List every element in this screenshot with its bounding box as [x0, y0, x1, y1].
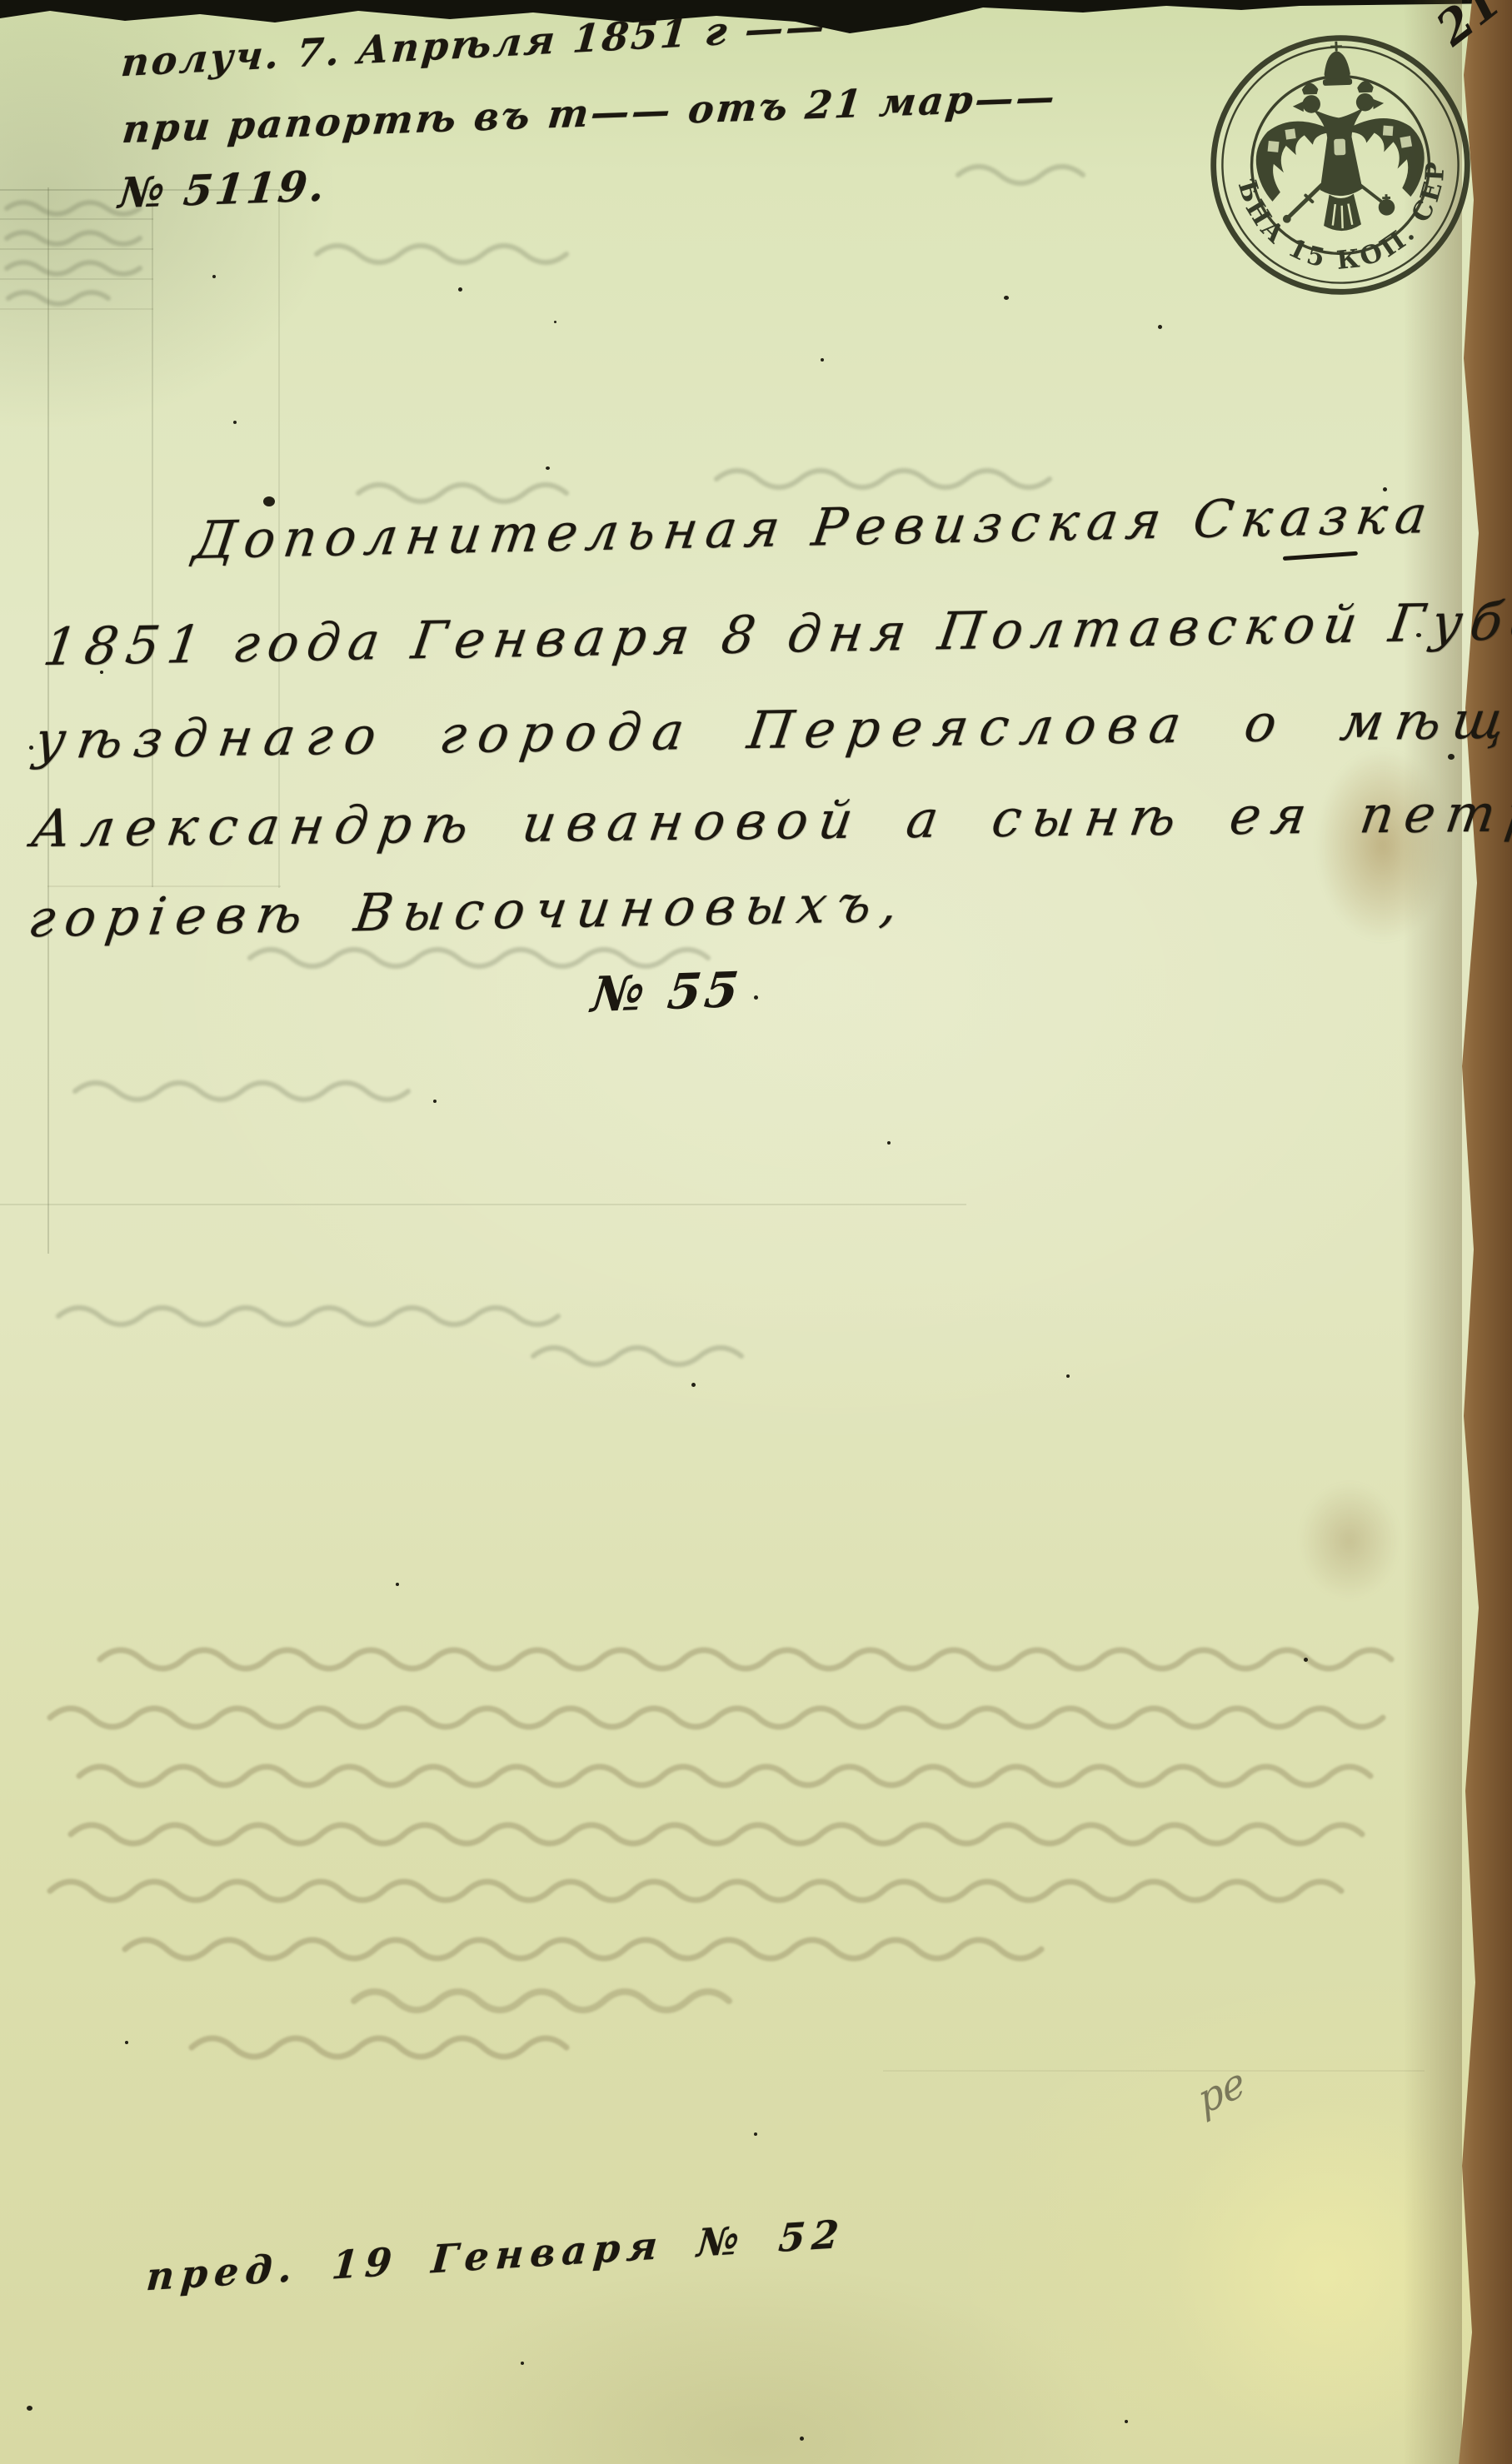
title-line-5: горіевѣ Высочиновыхъ, — [25, 873, 912, 950]
document-page: получ. 7. Апрѣля 1851 г —— при рапортѣ в… — [0, 0, 1512, 2464]
flourish — [1283, 551, 1358, 561]
title-line-3: уѣзднаго города Переяслова о мѣщанахъ — [31, 686, 1512, 771]
paper-stain — [1300, 1483, 1400, 1599]
record-number: № 55 — [589, 961, 745, 1024]
page-curl-shadow — [1404, 0, 1462, 2464]
bleedthrough-ghost-writing — [0, 0, 1512, 2464]
registration-number: № 5119. — [117, 161, 329, 217]
registration-line-2: при рапортѣ въ т—— отъ 21 мар—— — [120, 74, 1059, 152]
clerk-mark: ре — [1193, 2057, 1250, 2125]
imperial-double-headed-eagle-icon — [1252, 38, 1427, 233]
title-line-2: 1851 года Генваря 8 дня Полтавской Губер… — [40, 587, 1512, 677]
title-line-4: Александрѣ ивановой а сынѣ ея петрѣ Гри — [27, 780, 1512, 859]
revenue-stamp: ЦѢНА 15 КОП. СЕР. — [1197, 17, 1484, 312]
title-line-1: Дополнительная Ревизская Сказка — [190, 484, 1439, 571]
bottom-note: пред. 19 Генваря № 52 — [145, 2212, 847, 2300]
